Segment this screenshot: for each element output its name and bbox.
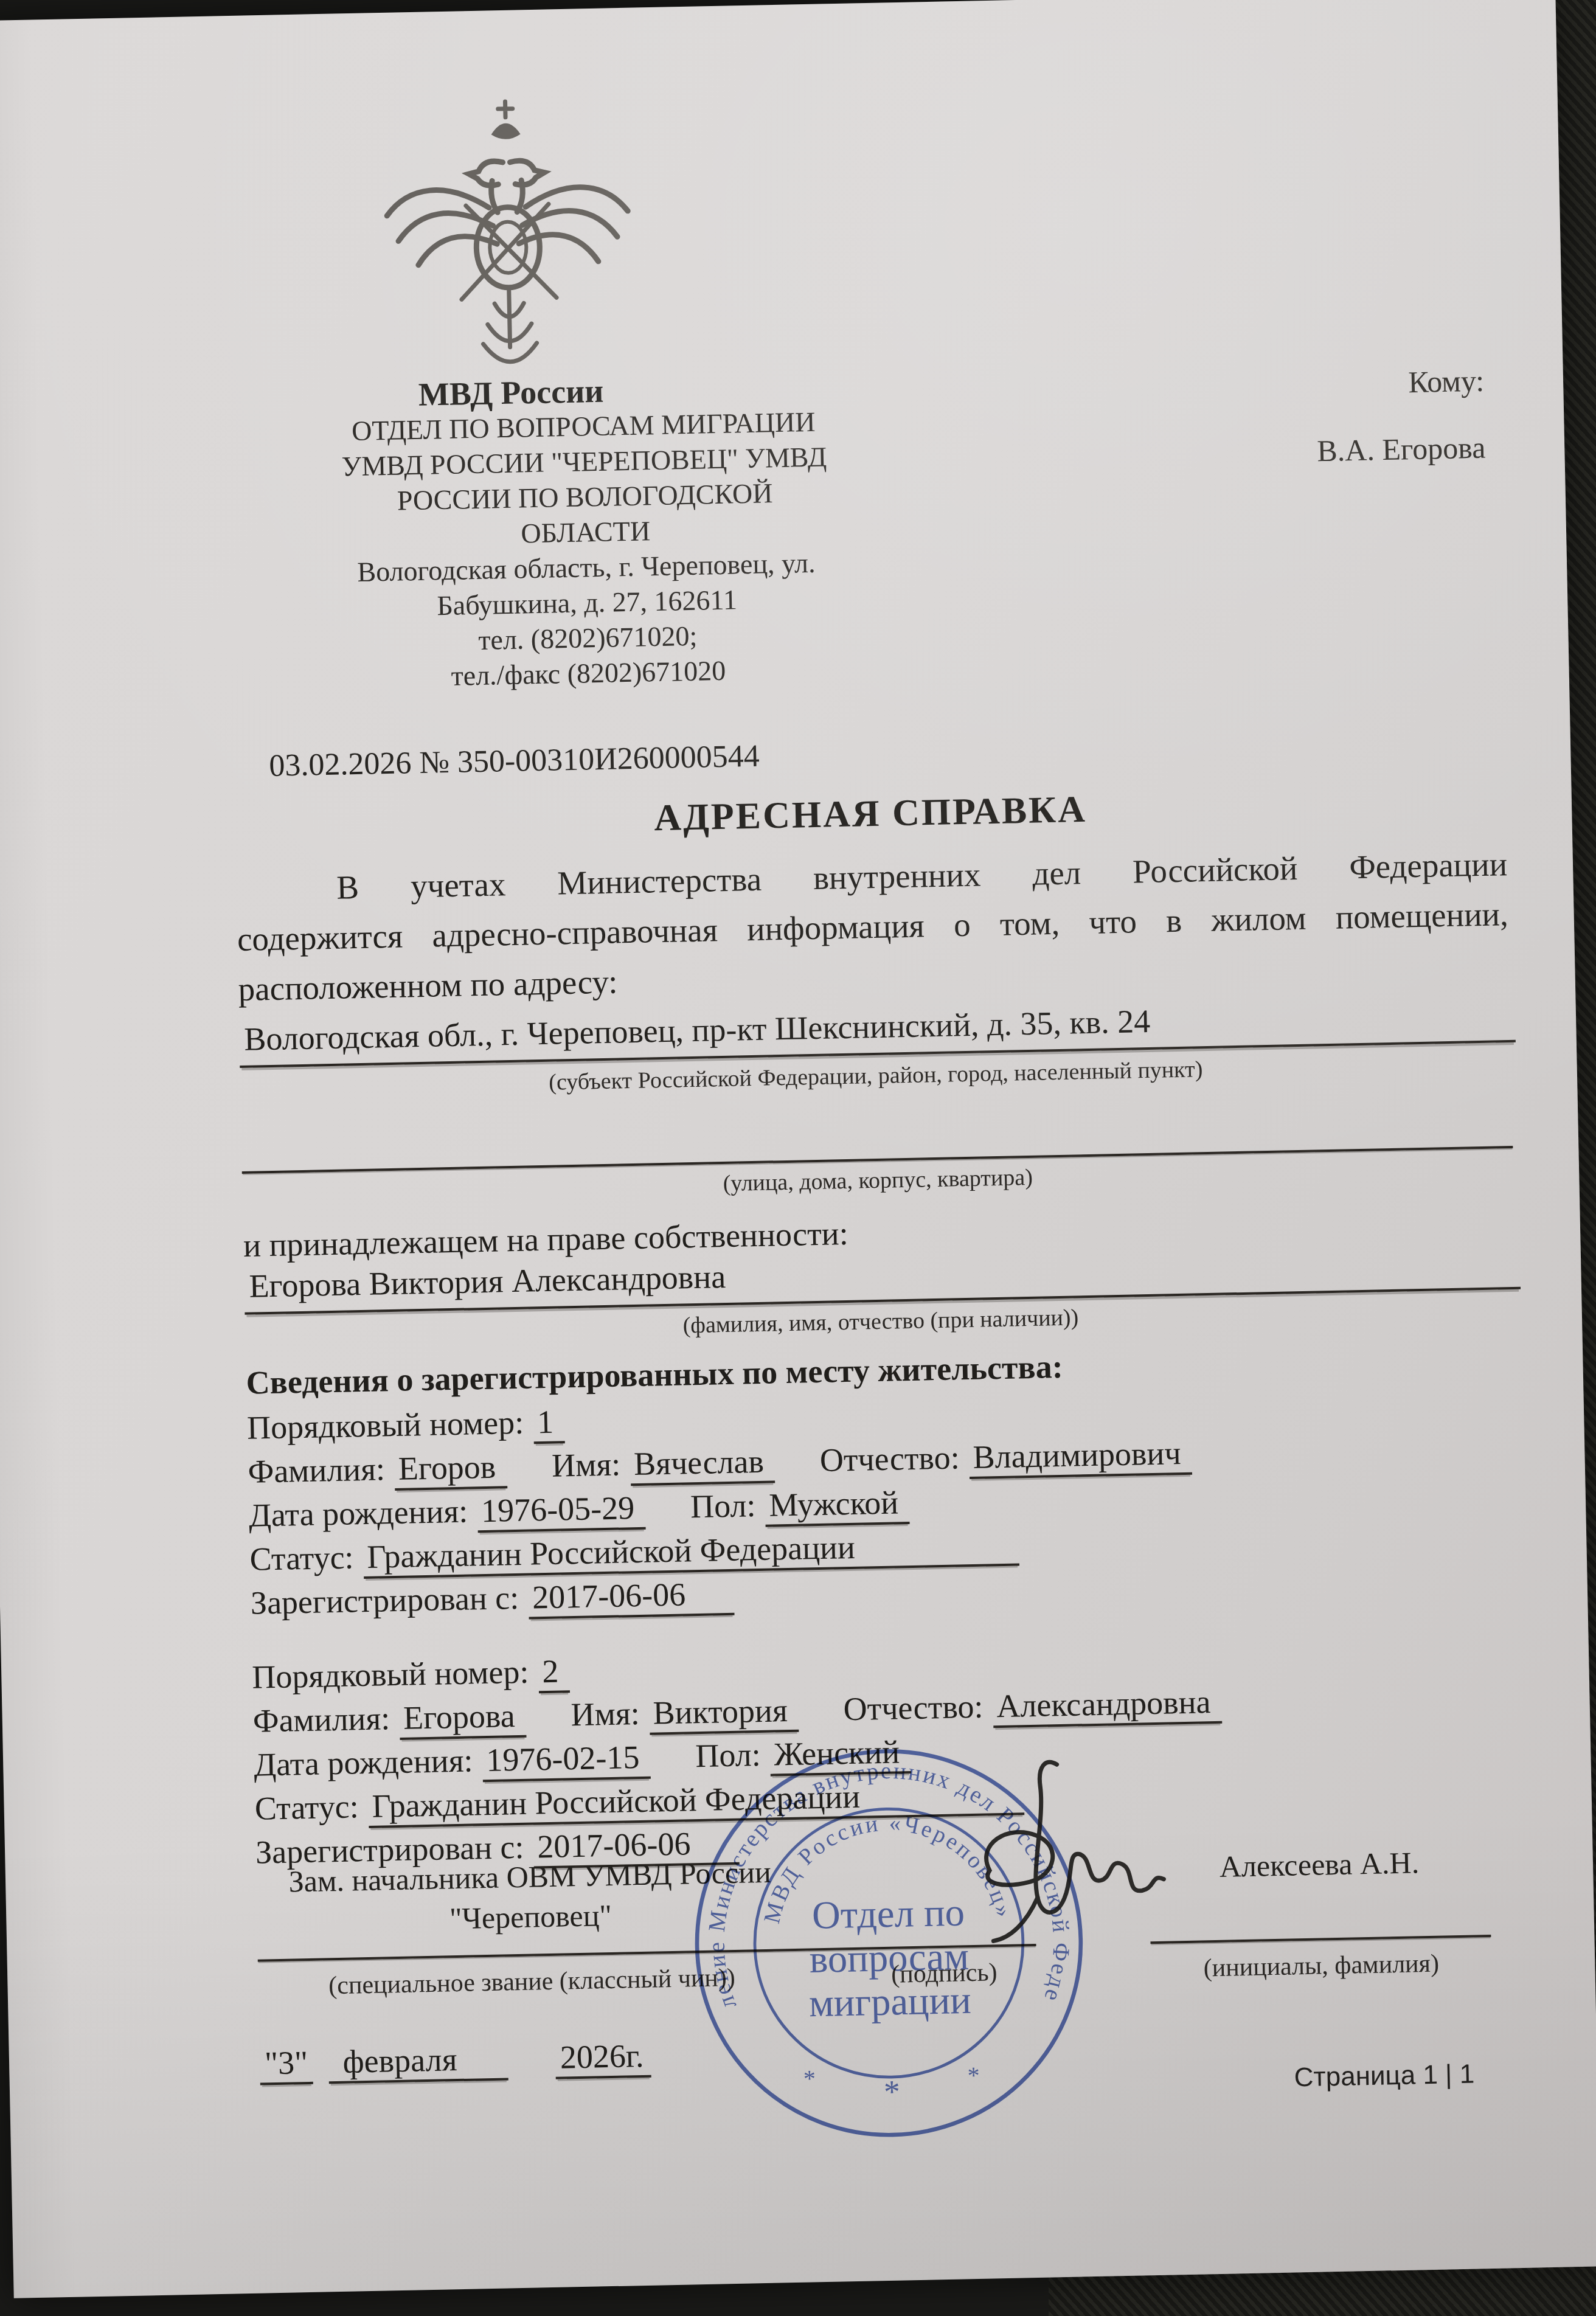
stamp-center-line: миграции: [808, 1978, 971, 2025]
surname-label: Фамилия:: [248, 1451, 386, 1490]
surname-value: Егорова: [400, 1697, 527, 1740]
stamp-separator: *: [967, 2062, 980, 2089]
patronymic-label: Отчество:: [819, 1439, 960, 1479]
order-value: 1: [533, 1403, 565, 1444]
order-label: Порядковый номер:: [247, 1404, 524, 1446]
caption-street: (улица, дома, корпус, квартира): [242, 1154, 1513, 1207]
given-value: Вячеслав: [630, 1443, 775, 1486]
document-date-number: 03.02.2026 № 350-00310И260000544: [269, 738, 760, 784]
document-title: АДРЕСНАЯ СПРАВКА: [235, 780, 1507, 848]
surname-label: Фамилия:: [252, 1700, 390, 1739]
surname-value: Егоров: [394, 1448, 507, 1491]
person-registered-line: Зарегистрирован с:2017-06-06: [250, 1574, 734, 1623]
status-value: Гражданин Российской Федерации: [363, 1525, 1019, 1579]
dob-label: Дата рождения:: [254, 1742, 473, 1783]
status-label: Статус:: [254, 1788, 359, 1826]
sex-label: Пол:: [690, 1487, 755, 1525]
issue-date-year: 2026г.: [555, 2037, 651, 2079]
given-label: Имя:: [571, 1695, 640, 1733]
registered-heading: Сведения о зарегистрированных по месту ж…: [246, 1347, 1063, 1402]
dob-value: 1976-05-29: [477, 1489, 646, 1533]
issue-date-day: "3": [260, 2044, 313, 2085]
signature-stroke: [915, 1749, 1199, 1961]
registered-label: Зарегистрирован с:: [250, 1579, 519, 1621]
signer-name: Алексеева А.Н.: [1148, 1843, 1490, 1885]
person-order-line: Порядковый номер:1: [247, 1402, 565, 1447]
order-value: 2: [538, 1652, 570, 1693]
sex-value: Мужской: [765, 1484, 910, 1527]
order-label: Порядковый номер:: [252, 1654, 529, 1696]
person-order-line: Порядковый номер:2: [252, 1651, 570, 1696]
recipient-label: Кому:: [1283, 363, 1485, 403]
patronymic-value: Владимирович: [969, 1435, 1192, 1479]
stamp-separator: *: [803, 2065, 816, 2092]
recipient-name: В.А. Егорова: [1206, 430, 1486, 471]
given-label: Имя:: [552, 1446, 621, 1484]
photo-background: МВД России ОТДЕЛ ПО ВОПРОСАМ МИГРАЦИИ УМ…: [0, 0, 1596, 2316]
page-number: Страница 1 | 1: [1226, 2058, 1543, 2094]
person-dob-line: Дата рождения:1976-05-29 Пол:Мужской: [248, 1483, 909, 1535]
document-paper: МВД России ОТДЕЛ ПО ВОПРОСАМ МИГРАЦИИ УМ…: [0, 0, 1596, 2298]
registered-value: 2017-06-06: [529, 1575, 735, 1620]
stamp-separator: *: [883, 2074, 900, 2110]
name-line: [1150, 1935, 1491, 1944]
dob-value: 1976-02-15: [482, 1739, 651, 1783]
issue-date-month: февраля: [328, 2040, 508, 2084]
mvd-emblem-icon: [371, 85, 644, 376]
status-label: Статус:: [249, 1539, 354, 1577]
issue-date-line: "3" февраля 2026г.: [260, 2036, 651, 2083]
dob-label: Дата рождения:: [248, 1493, 468, 1534]
caption-initials: (инициалы, фамилия): [1151, 1948, 1492, 1984]
